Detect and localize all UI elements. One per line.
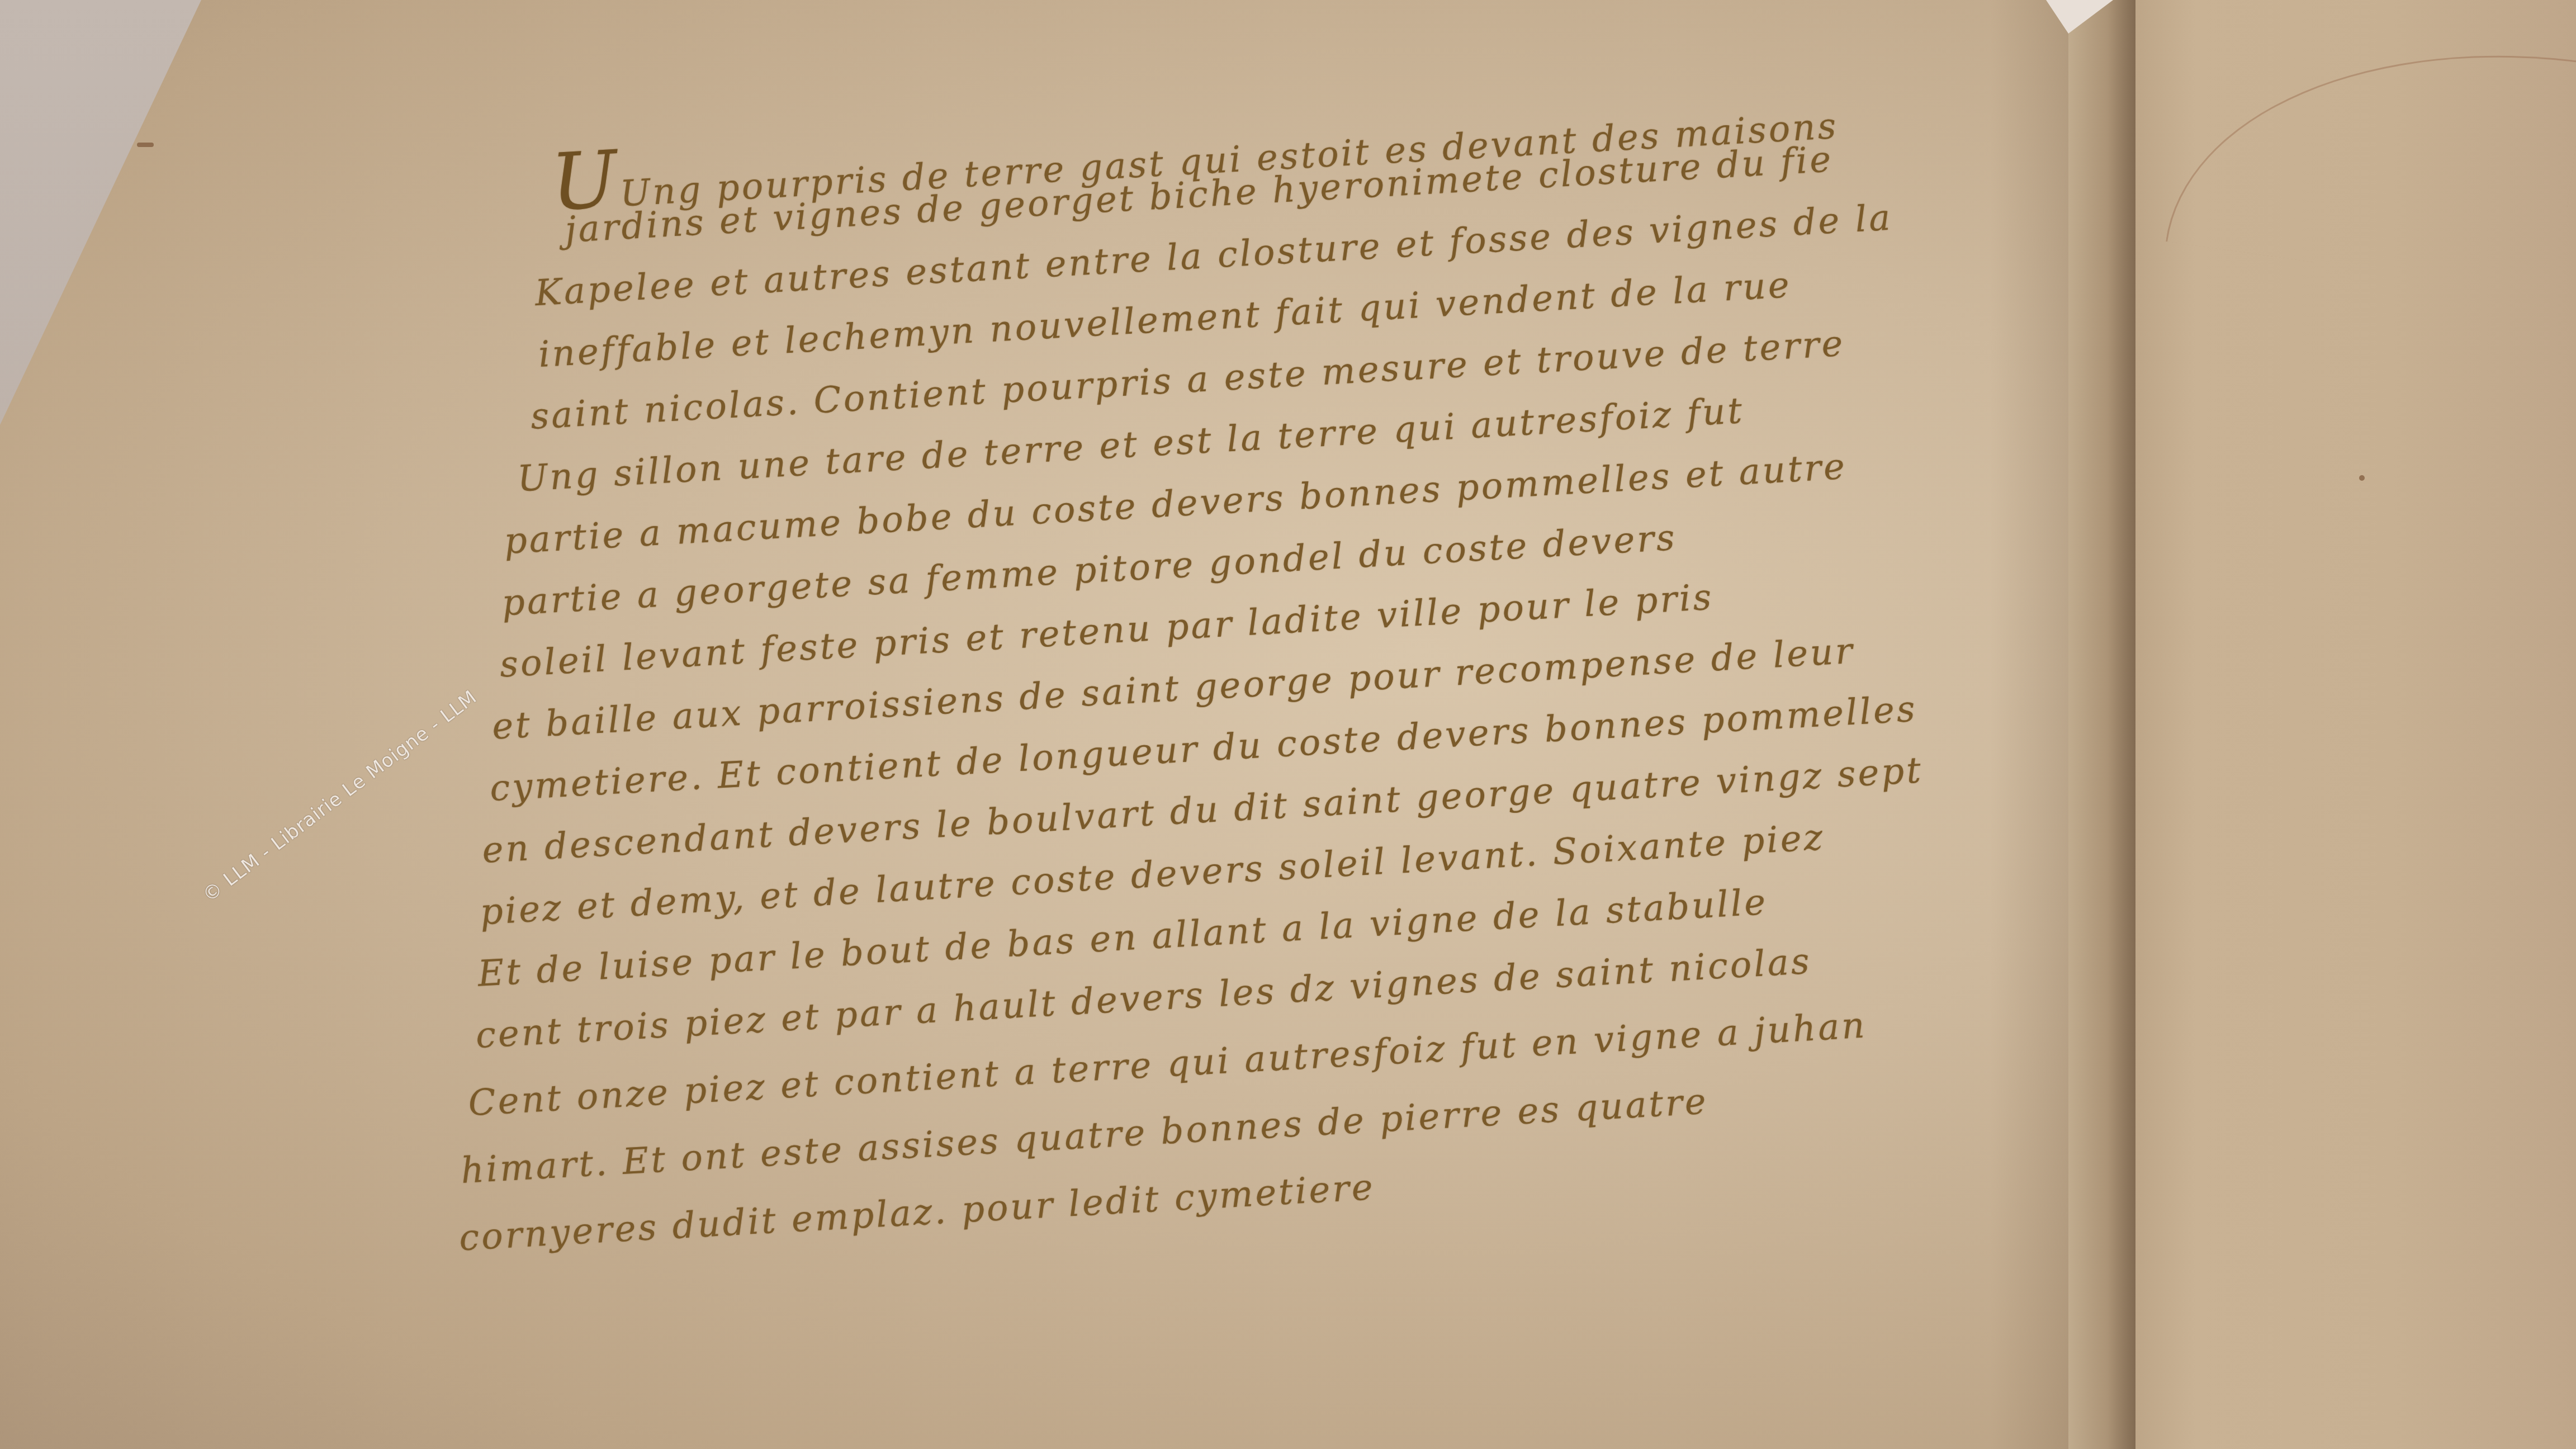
ink-speck bbox=[2359, 475, 2365, 481]
ink-speck bbox=[137, 143, 154, 147]
manuscript-text: UUng pourpris de terre gast qui estoit e… bbox=[313, 26, 2224, 1357]
